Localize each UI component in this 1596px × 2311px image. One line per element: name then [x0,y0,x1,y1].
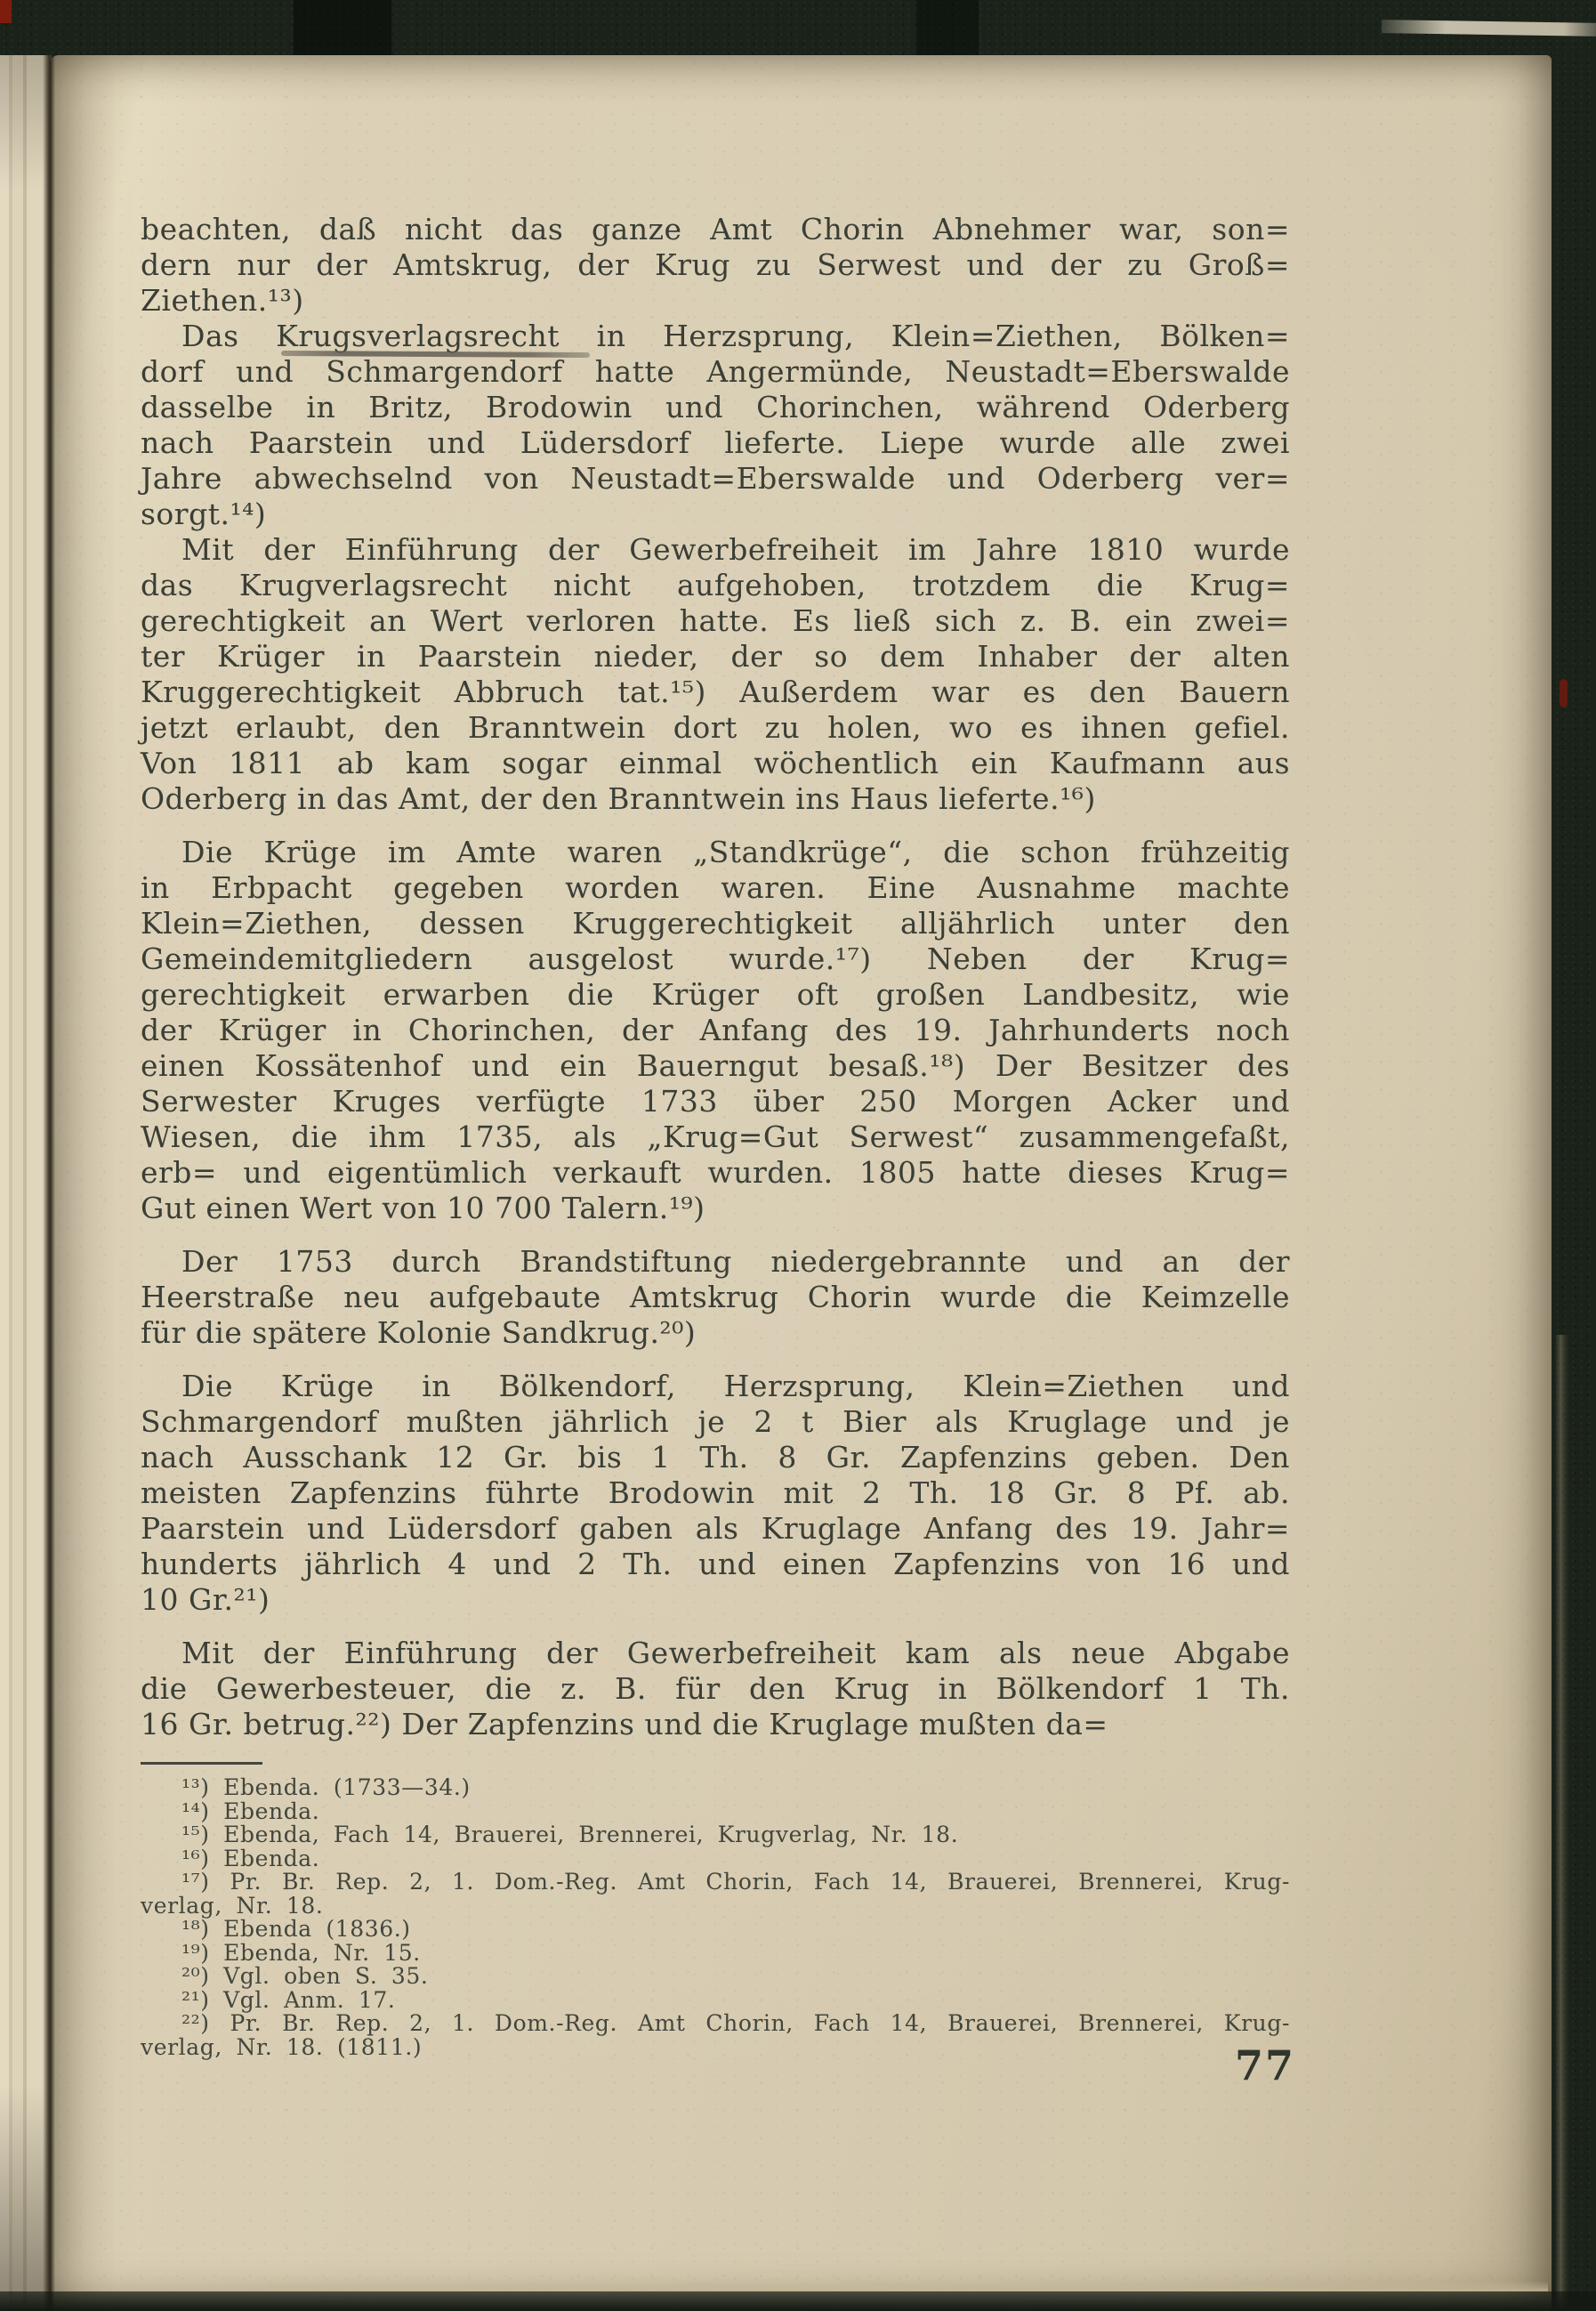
footnote-line: ²²) Pr. Br. Rep. 2, 1. Dom.-Reg. Amt Cho… [141,2012,1290,2036]
text-line: Der 1753 durch Brandstiftung niedergebra… [141,1244,1290,1280]
footnote-line: verlag, Nr. 18. (1811.) [141,2036,1290,2060]
text-line: Klein=Ziethen, dessen Kruggerechtigkeit … [141,906,1290,941]
red-edge-mark [1560,679,1568,707]
text-line: ter Krüger in Paarstein nieder, der so d… [141,639,1290,675]
backdrop-bottom-band [0,2291,1596,2311]
text-line: dorf und Schmargendorf hatte Angermünde,… [141,354,1290,390]
text-line: 10 Gr.²¹) [141,1582,1290,1618]
footnote-line: ¹⁴) Ebenda. [141,1800,1290,1824]
backdrop-dark-patch [294,0,391,57]
scanned-book-photo: beachten, daß nicht das ganze Amt Chorin… [0,0,1596,2311]
text-line: dasselbe in Britz, Brodowin und Chorinch… [141,390,1290,425]
text-segment: in Herzsprung, Klein=Ziethen, Bölken= [560,319,1290,353]
text-line: der Krüger in Chorinchen, der Anfang des… [141,1013,1290,1048]
footnote-line: verlag, Nr. 18. [141,1895,1290,1919]
text-line: für die spätere Kolonie Sandkrug.²⁰) [141,1315,1290,1351]
book-gutter-shadow [43,55,55,2311]
text-line: Schmargendorf mußten jährlich je 2 t Bie… [141,1404,1290,1440]
text-line: einen Kossätenhof und ein Bauerngut besa… [141,1048,1290,1084]
page-number: 77 [1235,2041,1295,2089]
body-text-block: beachten, daß nicht das ganze Amt Chorin… [141,212,1290,1742]
text-line: in Erbpacht gegeben worden waren. Eine A… [141,870,1290,906]
text-line: Von 1811 ab kam sogar einmal wöchentlich… [141,746,1290,781]
text-line: die Gewerbesteuer, die z. B. für den Kru… [141,1671,1290,1707]
text-line: gerechtigkeit an Wert verloren hatte. Es… [141,603,1290,639]
red-corner-mark [0,0,12,23]
footnote-line: ¹⁵) Ebenda, Fach 14, Brauerei, Brennerei… [141,1823,1290,1847]
text-line: Paarstein und Lüdersdorf gaben als Krugl… [141,1511,1290,1547]
text-line: Mit der Einführung der Gewerbefreiheit i… [141,532,1290,568]
text-line: beachten, daß nicht das ganze Amt Chorin… [141,212,1290,247]
text-line: Oderberg in das Amt, der den Branntwein … [141,781,1290,817]
adjacent-page-edge-sliver [1382,20,1596,36]
footnote-separator-rule [141,1762,262,1765]
paragraph: Die Krüge in Bölkendorf, Herzsprung, Kle… [141,1369,1290,1618]
text-line: Kruggerechtigkeit Abbruch tat.¹⁵) Außerd… [141,675,1290,710]
footnotes-block: ¹³) Ebenda. (1733—34.)¹⁴) Ebenda.¹⁵) Ebe… [141,1776,1290,2059]
paragraph: Das Krugsverlagsrecht in Herzsprung, Kle… [141,319,1290,532]
page-stack-edge [1555,1335,1569,2311]
footnote-line: ²¹) Vgl. Anm. 17. [141,1989,1290,2013]
text-line: dern nur der Amtskrug, der Krug zu Serwe… [141,247,1290,283]
text-line: Gut einen Wert von 10 700 Talern.¹⁹) [141,1191,1290,1226]
text-line: gerechtigkeit erwarben die Krüger oft gr… [141,977,1290,1013]
paragraph: Die Krüge im Amte waren „Standkrüge“, di… [141,835,1290,1226]
text-segment: Das [181,319,276,353]
paragraph: beachten, daß nicht das ganze Amt Chorin… [141,212,1290,319]
text-line: Ziethen.¹³) [141,283,1290,319]
text-line: Heerstraße neu aufgebaute Amtskrug Chori… [141,1280,1290,1315]
footnote-line: ¹³) Ebenda. (1733—34.) [141,1776,1290,1800]
pencil-underlined-word: Krugsverlagsrecht [276,319,560,353]
footnote-line: ²⁰) Vgl. oben S. 35. [141,1965,1290,1989]
text-line: das Krugverlagsrecht nicht aufgehoben, t… [141,568,1290,603]
text-line: Gemeindemitgliedern ausgelost wurde.¹⁷) … [141,941,1290,977]
backdrop-dark-streak [916,0,979,57]
text-line: Wiesen, die ihm 1735, als „Krug=Gut Serw… [141,1119,1290,1155]
paragraph: Mit der Einführung der Gewerbefreiheit i… [141,532,1290,817]
page-bottom-edge-highlight [267,2281,1548,2291]
text-line: jetzt erlaubt, den Branntwein dort zu ho… [141,710,1290,746]
text-line: Die Krüge im Amte waren „Standkrüge“, di… [141,835,1290,870]
text-line: sorgt.¹⁴) [141,497,1290,532]
text-line: hunderts jährlich 4 und 2 Th. und einen … [141,1547,1290,1582]
text-line: nach Ausschank 12 Gr. bis 1 Th. 8 Gr. Za… [141,1440,1290,1475]
footnote-line: ¹⁹) Ebenda, Nr. 15. [141,1942,1290,1966]
text-line: 16 Gr. betrug.²²) Der Zapfenzins und die… [141,1707,1290,1742]
paragraph: Mit der Einführung der Gewerbefreiheit k… [141,1636,1290,1742]
footnote-line: ¹⁸) Ebenda (1836.) [141,1918,1290,1942]
paragraph: Der 1753 durch Brandstiftung niedergebra… [141,1244,1290,1351]
footnote-line: ¹⁷) Pr. Br. Rep. 2, 1. Dom.-Reg. Amt Cho… [141,1871,1290,1895]
text-line: Jahre abwechselnd von Neustadt=Eberswald… [141,461,1290,497]
text-line: nach Paarstein und Lüdersdorf lieferte. … [141,425,1290,461]
text-line: meisten Zapfenzins führte Brodowin mit 2… [141,1475,1290,1511]
text-line: Serwester Kruges verfügte 1733 über 250 … [141,1084,1290,1119]
text-line: Das Krugsverlagsrecht in Herzsprung, Kle… [141,319,1290,354]
text-line: Mit der Einführung der Gewerbefreiheit k… [141,1636,1290,1671]
text-line: erb= und eigentümlich verkauft wurden. 1… [141,1155,1290,1191]
text-line: Die Krüge in Bölkendorf, Herzsprung, Kle… [141,1369,1290,1404]
footnote-line: ¹⁶) Ebenda. [141,1847,1290,1871]
